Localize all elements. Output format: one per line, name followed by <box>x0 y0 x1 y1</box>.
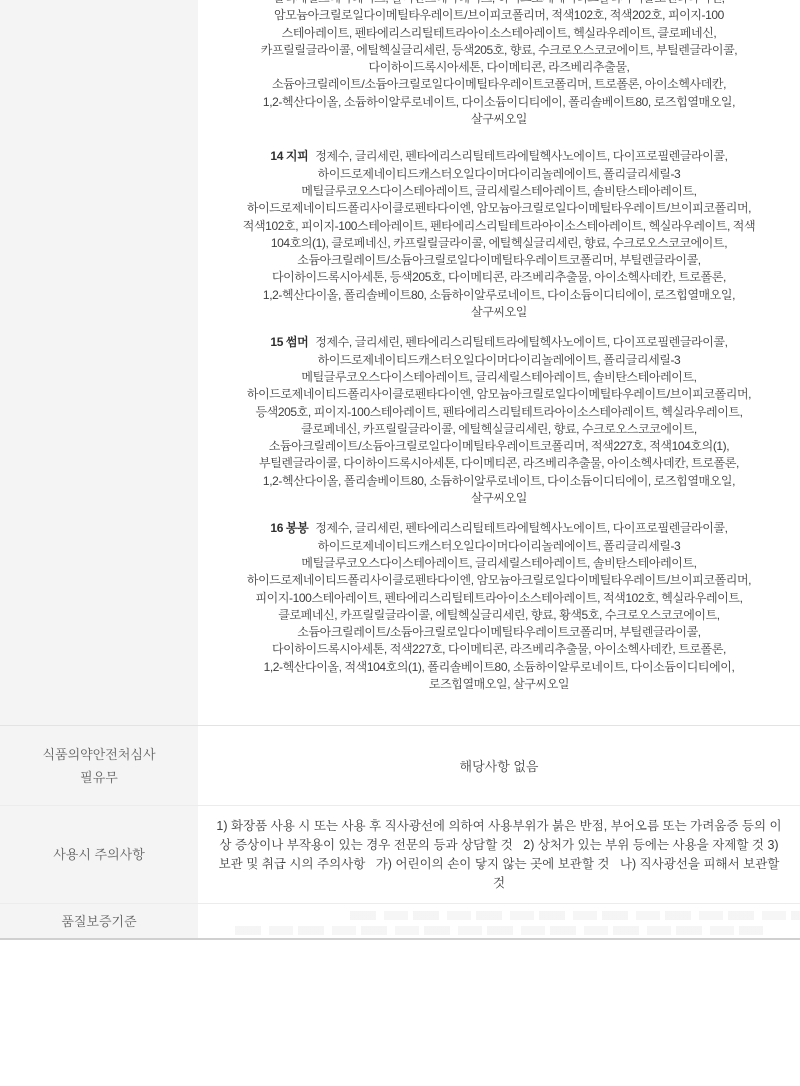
usage-caution-row-label: 사용시 주의사항 <box>0 806 198 903</box>
usage-caution-row-value-cell: 1) 화장품 사용 시 또는 사용 후 직사광선에 의하여 사용부위가 붉은 반… <box>198 806 800 903</box>
mfds-review-row: 식품의약안전처심사 필유무 해당사항 없음 <box>0 726 800 806</box>
ingredient-block-14: 14 지피정제수, 글리세린, 펜타에리스리틸테트라에틸헥사노에이트, 다이프로… <box>206 148 792 321</box>
usage-caution-row: 사용시 주의사항 1) 화장품 사용 시 또는 사용 후 직사광선에 의하여 사… <box>0 806 800 904</box>
usage-caution-row-value: 1) 화장품 사용 시 또는 사용 후 직사광선에 의하여 사용부위가 붉은 반… <box>212 817 786 893</box>
quality-assurance-row-label: 품질보증기준 <box>0 904 198 938</box>
mfds-review-row-label: 식품의약안전처심사 필유무 <box>0 726 198 805</box>
mfds-review-row-value: 해당사항 없음 <box>460 756 539 775</box>
ingredient-block-16-text: 정제수, 글리세린, 펜타에리스리틸테트라에틸헥사노에이트, 다이프로필렌글라이… <box>247 521 751 691</box>
bottom-whitespace <box>0 940 800 1084</box>
faint-ghost-text-line-1 <box>350 911 800 920</box>
ingredient-block-15: 15 썸머정제수, 글리세린, 펜타에리스리틸테트라에틸헥사노에이트, 다이프로… <box>206 334 792 507</box>
product-info-page: 글리세릴스테아레이트, 솔비탄스테아레이트, 하이드로제네이티드폴리사이클로펜타… <box>0 0 800 1086</box>
ingredients-row-label-cell <box>0 0 198 725</box>
ingredient-block-14-text: 정제수, 글리세린, 펜타에리스리틸테트라에틸헥사노에이트, 다이프로필렌글라이… <box>243 149 755 319</box>
ingredient-block-14-label: 14 지피 <box>270 149 308 163</box>
faint-ghost-text <box>198 904 800 935</box>
quality-assurance-row: 품질보증기준 <box>0 904 800 940</box>
ingredient-block-15-label: 15 썸머 <box>270 335 308 349</box>
ingredient-block-partial-text: 글리세릴스테아레이트, 솔비탄스테아레이트, 하이드로제네이티드폴리사이클로펜타… <box>261 0 737 126</box>
ingredient-block-16: 16 봉봉정제수, 글리세린, 펜타에리스리틸테트라에틸헥사노에이트, 다이프로… <box>206 520 792 693</box>
faint-ghost-text-line-2 <box>235 926 763 935</box>
mfds-review-row-value-cell: 해당사항 없음 <box>198 726 800 805</box>
ingredient-block-15-text: 정제수, 글리세린, 펜타에리스리틸테트라에틸헥사노에이트, 다이프로필렌글라이… <box>247 335 751 505</box>
ingredient-block-partial: 글리세릴스테아레이트, 솔비탄스테아레이트, 하이드로제네이티드폴리사이클로펜타… <box>206 0 792 128</box>
ingredients-list-cell: 글리세릴스테아레이트, 솔비탄스테아레이트, 하이드로제네이티드폴리사이클로펜타… <box>198 0 800 725</box>
ingredient-block-16-label: 16 봉봉 <box>270 521 308 535</box>
ingredients-row: 글리세릴스테아레이트, 솔비탄스테아레이트, 하이드로제네이티드폴리사이클로펜타… <box>0 0 800 726</box>
quality-assurance-row-value-cell <box>198 904 800 938</box>
